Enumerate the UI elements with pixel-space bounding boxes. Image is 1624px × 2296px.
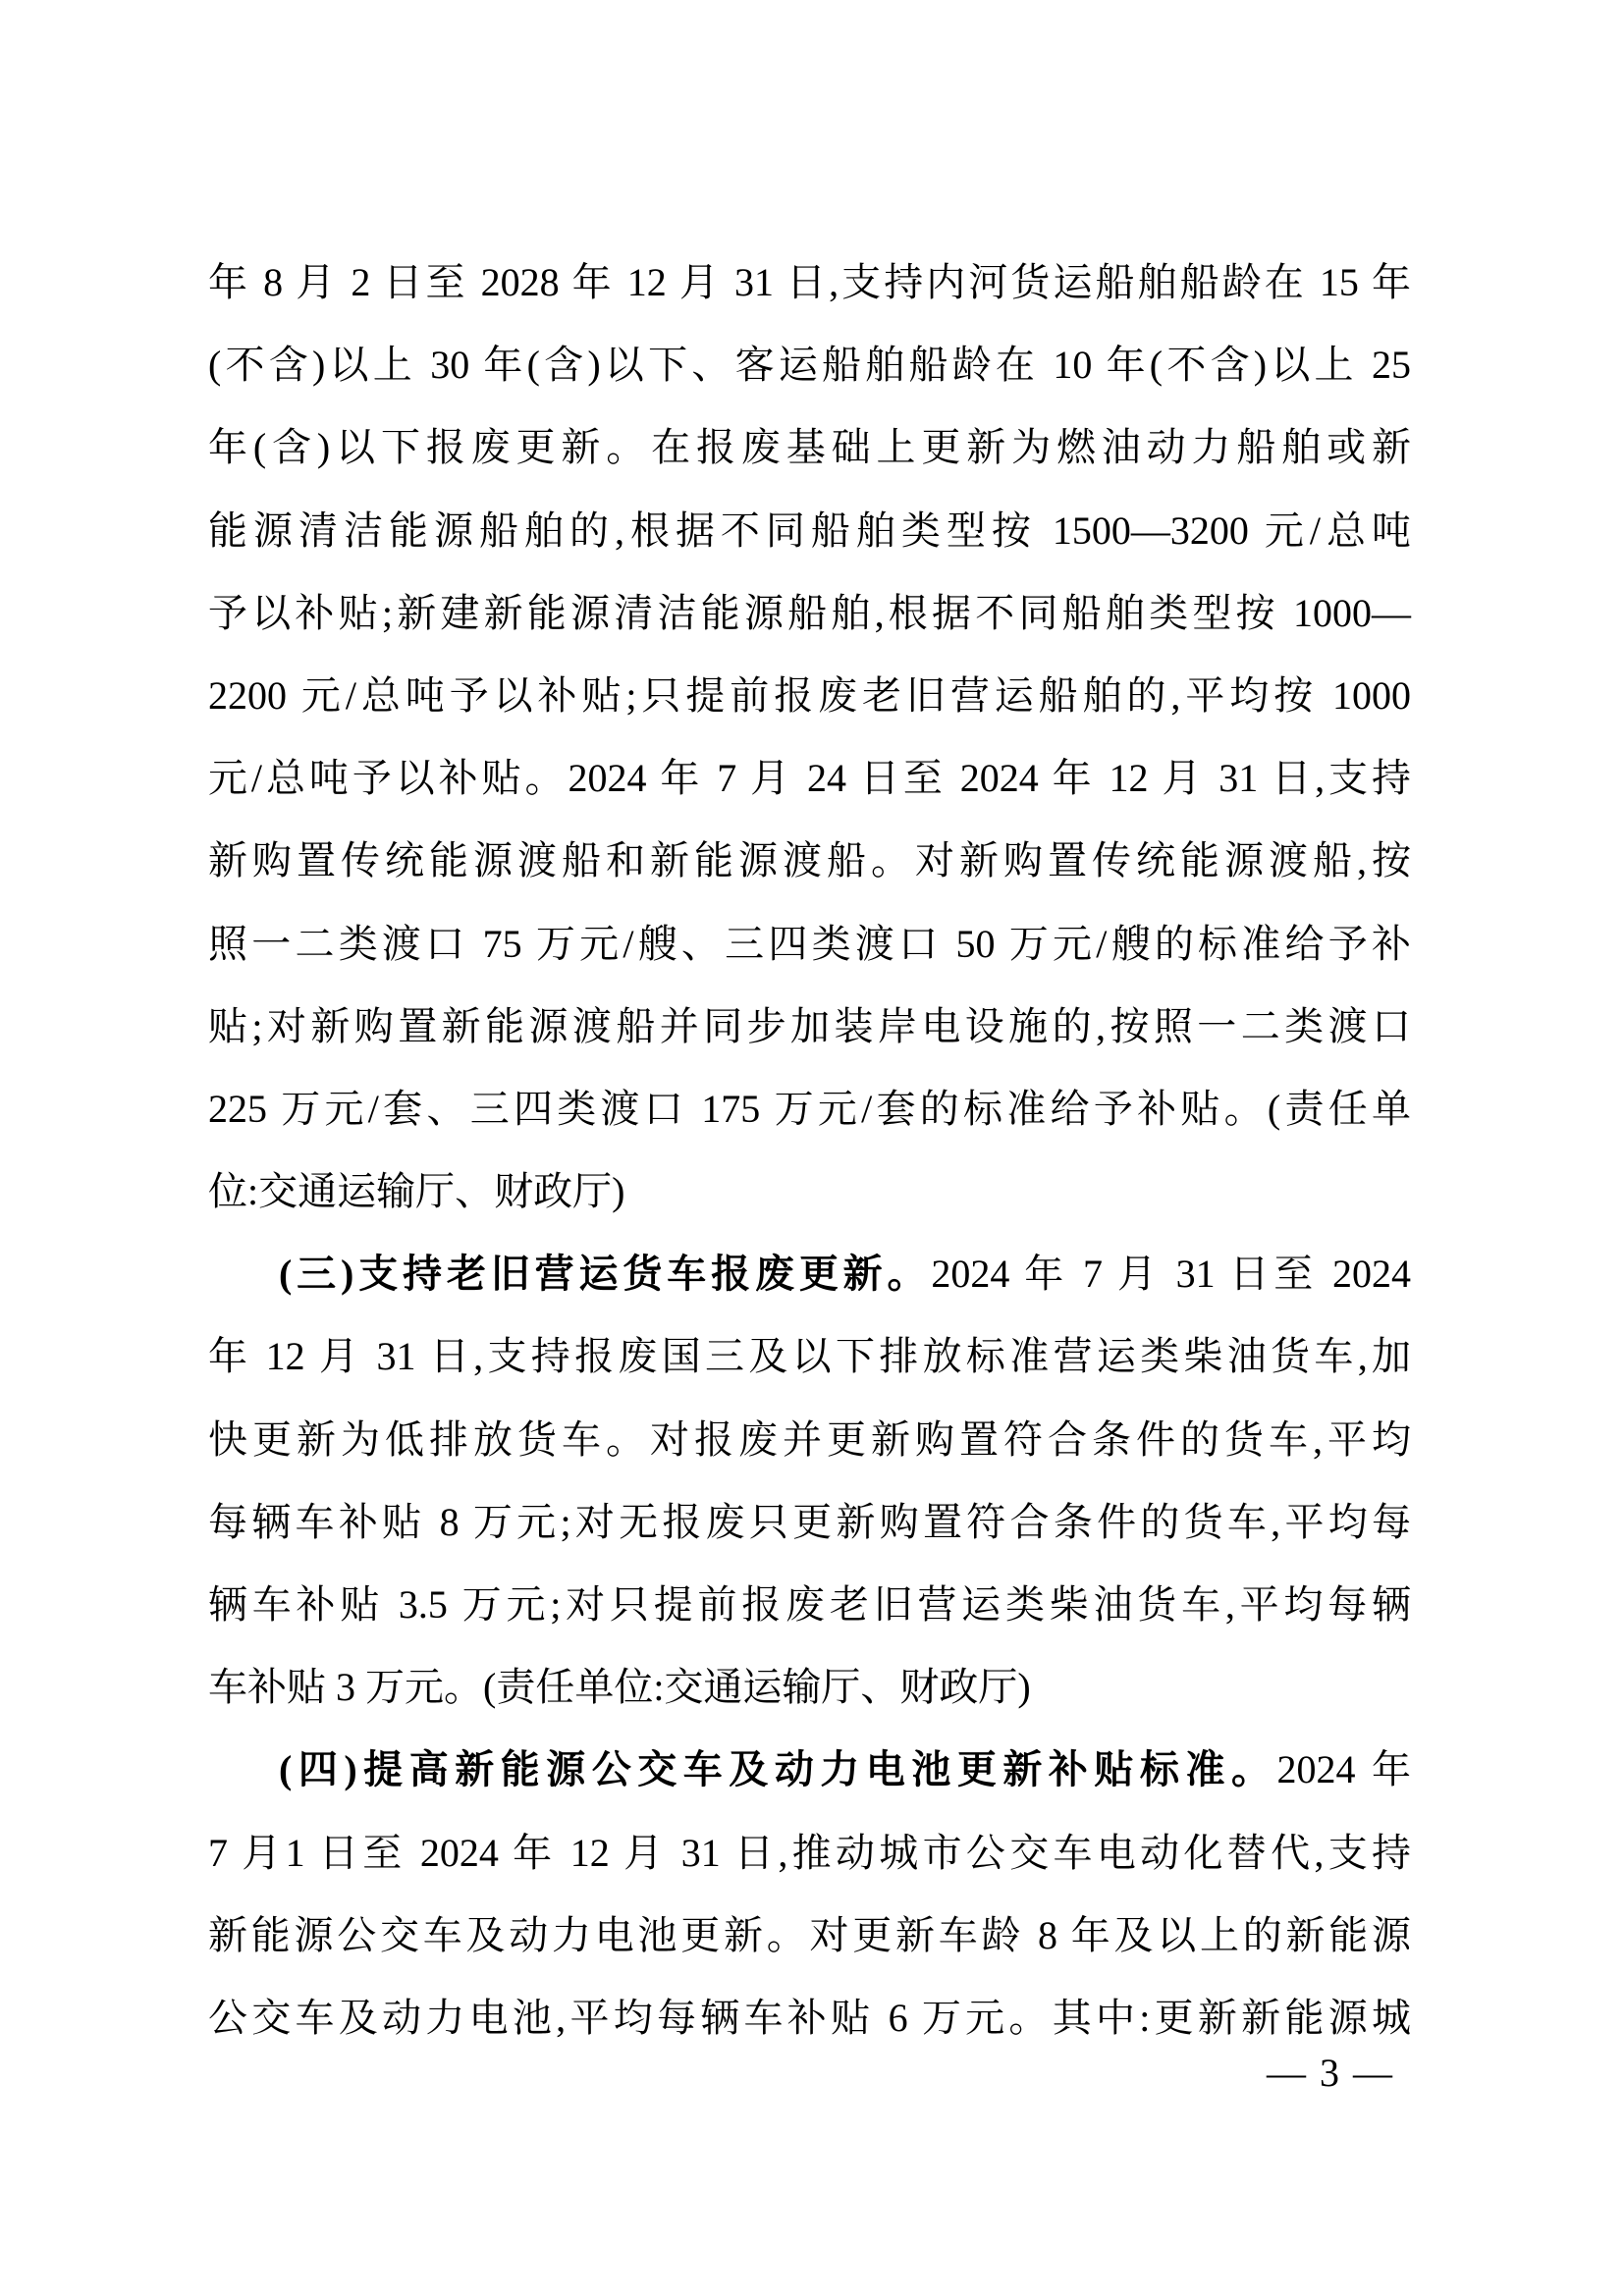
body-text: 新能源公交车及动力电池更新。对更新车龄 8 年及以上的新能源 (208, 1913, 1411, 1957)
text-line: 车补贴 3 万元。(责任单位:交通运输厅、财政厅) (208, 1646, 1411, 1729)
text-line: 年 12 月 31 日,支持报废国三及以下排放标准营运类柴油货车,加 (208, 1315, 1411, 1398)
text-line: 年(含)以下报废更新。在报废基础上更新为燃油动力船舶或新 (208, 406, 1411, 489)
body-text: 225 万元/套、三四类渡口 175 万元/套的标准给予补贴。(责任单 (208, 1087, 1411, 1131)
body-text: 元/总吨予以补贴。2024 年 7 月 24 日至 2024 年 12 月 31… (208, 756, 1411, 800)
body-text: 2024 年 7 月 31 日至 2024 (931, 1252, 1411, 1296)
text-line: 能源清洁能源船舶的,根据不同船舶类型按 1500—3200 元/总吨 (208, 490, 1411, 572)
text-line: 7 月1 日至 2024 年 12 月 31 日,推动城市公交车电动化替代,支持 (208, 1812, 1411, 1895)
section-heading: (四)提高新能源公交车及动力电池更新补贴标准。 (279, 1747, 1276, 1791)
body-text: 2024 年 (1276, 1747, 1411, 1791)
text-line: 予以补贴;新建新能源清洁能源船舶,根据不同船舶类型按 1000— (208, 572, 1411, 655)
body-text: 辆车补贴 3.5 万元;对只提前报废老旧营运类柴油货车,平均每辆 (208, 1582, 1411, 1627)
section-heading: (三)支持老旧营运货车报废更新。 (279, 1252, 931, 1296)
body-text: 贴;对新购置新能源渡船并同步加装岸电设施的,按照一二类渡口 (208, 1004, 1411, 1048)
body-text: 照一二类渡口 75 万元/艘、三四类渡口 50 万元/艘的标准给予补 (208, 922, 1411, 966)
text-line: 元/总吨予以补贴。2024 年 7 月 24 日至 2024 年 12 月 31… (208, 737, 1411, 820)
body-text: 年 12 月 31 日,支持报废国三及以下排放标准营运类柴油货车,加 (208, 1334, 1411, 1378)
page-number: — 3 — (1267, 2044, 1394, 2103)
text-line: 位:交通运输厅、财政厅) (208, 1150, 1411, 1233)
text-line: 照一二类渡口 75 万元/艘、三四类渡口 50 万元/艘的标准给予补 (208, 903, 1411, 986)
body-text: 新购置传统能源渡船和新能源渡船。对新购置传统能源渡船,按 (208, 838, 1411, 882)
text-line: 新能源公交车及动力电池更新。对更新车龄 8 年及以上的新能源 (208, 1895, 1411, 1977)
body-text: (不含)以上 30 年(含)以下、客运船舶船龄在 10 年(不含)以上 25 (208, 343, 1411, 387)
text-line: 快更新为低排放货车。对报废并更新购置符合条件的货车,平均 (208, 1399, 1411, 1481)
text-line: (不含)以上 30 年(含)以下、客运船舶船龄在 10 年(不含)以上 25 (208, 324, 1411, 406)
body-text: 予以补贴;新建新能源清洁能源船舶,根据不同船舶类型按 1000— (208, 591, 1411, 635)
text-line: 年 8 月 2 日至 2028 年 12 月 31 日,支持内河货运船舶船龄在 … (208, 241, 1411, 324)
text-line: 贴;对新购置新能源渡船并同步加装岸电设施的,按照一二类渡口 (208, 986, 1411, 1068)
body-text: 2200 元/总吨予以补贴;只提前报废老旧营运船舶的,平均按 1000 (208, 673, 1411, 718)
body-text: 每辆车补贴 8 万元;对无报废只更新购置符合条件的货车,平均每 (208, 1500, 1411, 1544)
body-text: 能源清洁能源船舶的,根据不同船舶类型按 1500—3200 元/总吨 (208, 508, 1411, 553)
text-line: 公交车及动力电池,平均每辆车补贴 6 万元。其中:更新新能源城 (208, 1977, 1411, 2059)
text-line: (四)提高新能源公交车及动力电池更新补贴标准。2024 年 (208, 1729, 1411, 1811)
text-line: (三)支持老旧营运货车报废更新。2024 年 7 月 31 日至 2024 (208, 1233, 1411, 1315)
body-text: 7 月1 日至 2024 年 12 月 31 日,推动城市公交车电动化替代,支持 (208, 1831, 1411, 1875)
body-text: 快更新为低排放货车。对报废并更新购置符合条件的货车,平均 (208, 1417, 1411, 1462)
text-line: 辆车补贴 3.5 万元;对只提前报废老旧营运类柴油货车,平均每辆 (208, 1564, 1411, 1646)
body-text: 年(含)以下报废更新。在报废基础上更新为燃油动力船舶或新 (208, 425, 1411, 469)
text-line: 2200 元/总吨予以补贴;只提前报废老旧营运船舶的,平均按 1000 (208, 655, 1411, 737)
body-text: 车补贴 3 万元。(责任单位:交通运输厅、财政厅) (208, 1665, 1031, 1709)
document-page: 年 8 月 2 日至 2028 年 12 月 31 日,支持内河货运船舶船龄在 … (0, 0, 1624, 2296)
text-line: 新购置传统能源渡船和新能源渡船。对新购置传统能源渡船,按 (208, 820, 1411, 902)
body-text: 位:交通运输厅、财政厅) (208, 1169, 624, 1213)
text-line: 每辆车补贴 8 万元;对无报废只更新购置符合条件的货车,平均每 (208, 1481, 1411, 1564)
body-text: 年 8 月 2 日至 2028 年 12 月 31 日,支持内河货运船舶船龄在 … (208, 260, 1411, 304)
body-text: 公交车及动力电池,平均每辆车补贴 6 万元。其中:更新新能源城 (208, 1996, 1411, 2040)
text-line: 225 万元/套、三四类渡口 175 万元/套的标准给予补贴。(责任单 (208, 1068, 1411, 1150)
document-lines: 年 8 月 2 日至 2028 年 12 月 31 日,支持内河货运船舶船龄在 … (208, 241, 1411, 2059)
